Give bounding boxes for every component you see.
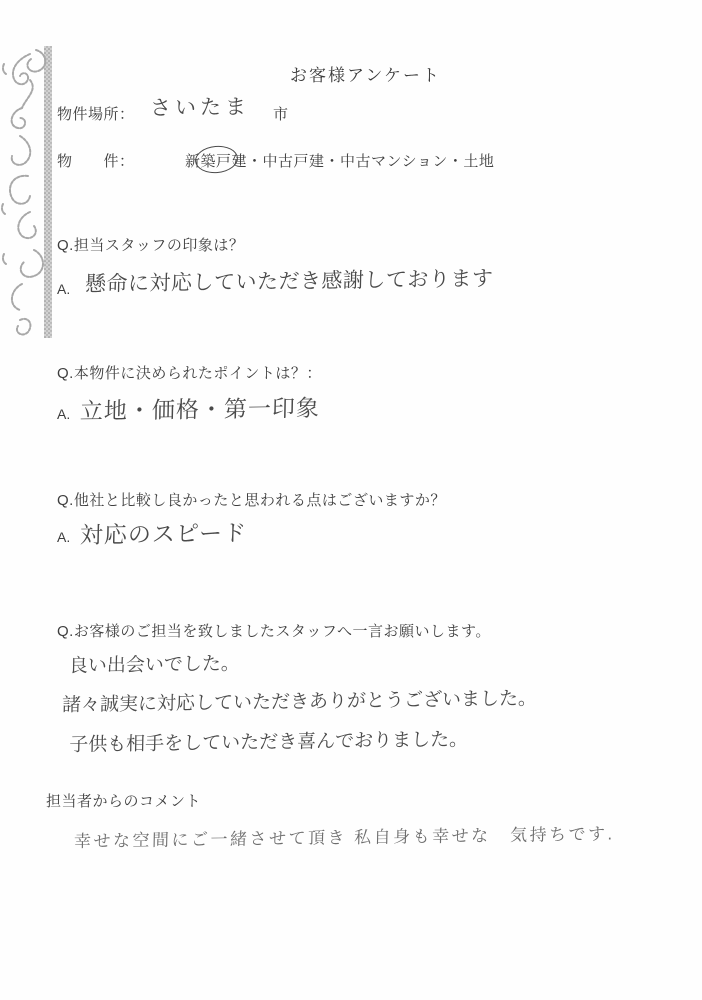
property-option-rest: 建・中古戸建・中古マンション・土地 [232,153,495,170]
page-title: お客様アンケート [290,61,441,86]
location-field-label: 物件場所： [57,103,135,124]
question-3-text: Q.他社と比較し良かったと思われる点はございますか？ [57,489,446,510]
answer-4-line-3: 子供も相手をしていただき喜んでおりました。 [69,724,537,761]
staff-comment-label: 担当者からのコメント [46,790,201,811]
answer-1-handwritten: 懸命に対応していただき感謝しております [85,262,494,298]
question-2-text: Q.本物件に決められたポイントは？： [57,362,322,383]
property-options: 新築戸建・中古戸建・中古マンション・土地 [185,150,494,171]
answer-4-line-1: 良い出会いでした。 [69,645,539,682]
answer-2-label: A. [57,406,70,422]
answer-3-label: A. [57,529,70,545]
question-1-text: Q.担当スタッフの印象は？ [57,234,244,255]
decorative-floral-border-icon [0,44,56,340]
answer-4-handwritten-block: 良い出会いでした。 諸々誠実に対応していただきありがとうございました。 子供も相… [61,645,538,761]
location-handwritten-value: さいたま [150,91,251,122]
staff-comment-handwritten: 幸せな空間にご一緒させて頂き 私自身も幸せな 気持ちです. [74,819,615,852]
question-4-text: Q.お客様のご担当を致しましたスタッフへ一言お願いします。 [57,620,491,641]
property-field-label: 物 件： [57,150,135,171]
property-option-circled: 築戸 [201,150,232,171]
property-option-prefix: 新 [185,153,201,170]
answer-2-handwritten: 立地・価格・第一印象 [80,390,321,426]
location-unit-label: 市 [273,103,289,124]
survey-scan-page: お客様アンケート 物件場所： さいたま 市 物 件： 新築戸建・中古戸建・中古マ… [0,0,702,1000]
answer-3-handwritten: 対応のスピード [80,515,248,550]
answer-1-label: A. [57,281,70,297]
answer-4-line-2: 諸々誠実に対応していただきありがとうございました。 [62,684,538,721]
